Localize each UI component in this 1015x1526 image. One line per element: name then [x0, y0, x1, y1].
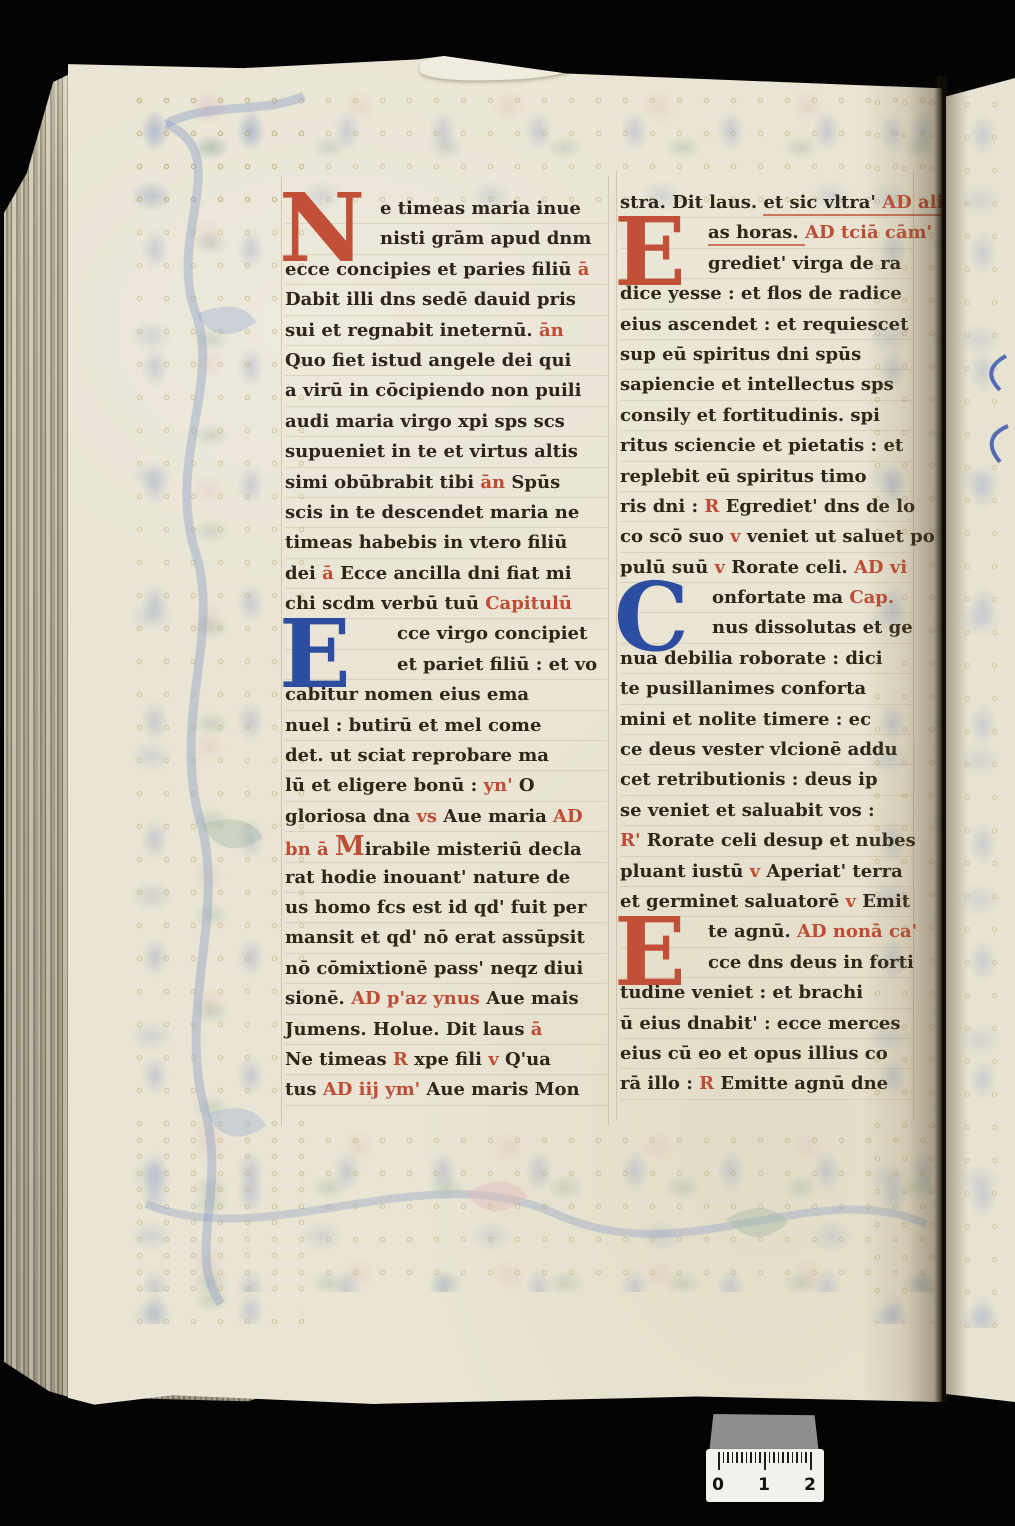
text-line: Dabit illi dns sedē dauid pris: [285, 285, 607, 315]
text-segment: sui et regnabit ineternū.: [285, 320, 539, 341]
text-segment: Aue maris Mon: [426, 1079, 579, 1100]
text-segment: R: [699, 1073, 720, 1094]
ruler-tick: [782, 1452, 784, 1463]
foliage-border-left: [126, 84, 304, 1324]
text-segment: nisti grām apud dnm: [380, 228, 591, 249]
drop-cap-initial: E: [279, 608, 351, 702]
text-segment: sapiencie et intellectus sps: [620, 374, 894, 395]
text-line: gloriosa dna vs Aue maria AD: [285, 802, 607, 832]
text-segment: R: [704, 496, 725, 517]
text-segment: yn': [484, 775, 519, 796]
text-segment: v: [714, 557, 731, 578]
text-segment: te pusillanimes conforta: [620, 678, 866, 699]
book-gutter: [934, 76, 947, 1402]
text-segment: a virū in cōcipiendo non puili: [285, 380, 581, 401]
text-line: det. ut sciat reprobare ma: [285, 741, 607, 771]
ruler-tick: [805, 1452, 807, 1463]
text-segment: AD: [553, 806, 583, 827]
ruler-number-2: 2: [804, 1475, 816, 1495]
photograph: e timeas maria inuenisti grām apud dnmec…: [0, 0, 1015, 1526]
text-segment: Quo fiet istud angele dei qui: [285, 350, 571, 371]
text-segment: mansit et qd' nō erat assūpsit: [285, 927, 585, 948]
text-segment: Ecce ancilla dni fiat mi: [340, 563, 572, 584]
text-segment: det. ut sciat reprobare ma: [285, 745, 549, 766]
text-segment: Dabit illi dns sedē dauid pris: [285, 289, 576, 310]
text-segment: Aue maria: [443, 806, 553, 827]
ruler-tick: [773, 1452, 775, 1463]
ruler-tick: [792, 1452, 794, 1463]
text-segment: pluant iustū: [620, 861, 750, 882]
text-segment: simi obūbrabit tibi: [285, 472, 480, 493]
text-segment: irabile misteriū decla: [365, 839, 582, 860]
text-segment: scis in te descendet maria ne: [285, 502, 579, 523]
ruler-tick: [750, 1452, 752, 1463]
text-line: lū et eligere bonū : yn' O: [285, 771, 607, 801]
manuscript-page: e timeas maria inuenisti grām apud dnmec…: [68, 56, 942, 1406]
text-segment: dei: [285, 563, 322, 584]
text-line: supueniet in te et virtus altis: [285, 437, 607, 467]
text-line: simi obūbrabit tibi ān Spūs: [285, 468, 607, 498]
text-segment: Jumens. Holue. Dit laus: [285, 1019, 531, 1040]
text-line: tus AD iij ym' Aue maris Mon: [285, 1075, 607, 1105]
text-segment: M: [335, 831, 365, 862]
text-segment: us homo fcs est id qd' fuit per: [285, 897, 587, 918]
text-segment: ce deus vester vlcionē addu: [620, 739, 898, 760]
acanthus-vine-flourish-bottom: [126, 1124, 941, 1294]
text-segment: timeas habebis in vtero filiū: [285, 532, 567, 553]
text-segment: ā: [322, 563, 340, 584]
ruler-tick: [727, 1452, 729, 1463]
text-segment: AD p'az ynus: [351, 988, 486, 1009]
text-segment: onfortate ma: [712, 587, 849, 608]
text-segment: O: [519, 775, 535, 796]
ruler-tick: [723, 1452, 725, 1463]
gutter-shadow: [862, 56, 942, 1406]
text-line: audi maria virgo xpi sps scs: [285, 407, 607, 437]
text-segment: cet retributionis : deus ip: [620, 769, 878, 790]
text-segment: Capitulū: [485, 593, 572, 614]
text-line: timeas habebis in vtero filiū: [285, 528, 607, 558]
text-segment: ritus sciencie et pietatis : et: [620, 435, 903, 456]
facing-page-gutter-shadow: [946, 78, 968, 1402]
text-segment: et pariet filiū : et vo: [397, 654, 597, 675]
text-segment: vs: [416, 806, 443, 827]
ruler-tick: [764, 1452, 766, 1470]
text-line: Ne timeas R xpe fili v Q'ua: [285, 1045, 607, 1075]
ruler-tick: [778, 1452, 780, 1463]
text-segment: replebit eū spiritus timo: [620, 466, 867, 487]
text-segment: v: [488, 1049, 505, 1070]
text-segment: as horas.: [708, 222, 805, 246]
text-line: sui et regnabit ineternū. ān: [285, 316, 607, 346]
text-segment: v: [730, 526, 747, 547]
text-segment: AD iij ym': [323, 1079, 427, 1100]
text-segment: ān: [480, 472, 511, 493]
facing-page-edge: [946, 78, 1015, 1402]
torn-paper-tab: [420, 51, 577, 81]
ruler-tick: [810, 1452, 812, 1470]
text-line: nuel : butirū et mel come: [285, 711, 607, 741]
drop-cap-initial: E: [614, 906, 686, 1000]
text-line: Jumens. Holue. Dit laus ā: [285, 1015, 607, 1045]
text-segment: ān: [539, 320, 564, 341]
text-segment: rā illo :: [620, 1073, 699, 1094]
ruler-tick: [732, 1452, 734, 1463]
text-column-left: e timeas maria inuenisti grām apud dnmec…: [285, 194, 607, 1106]
text-segment: Ne timeas: [285, 1049, 393, 1070]
text-segment: Q'ua: [505, 1049, 551, 1070]
ruler-tick: [796, 1452, 798, 1463]
text-segment: R: [393, 1049, 414, 1070]
text-segment: e timeas maria inue: [380, 198, 581, 219]
ruler-tick: [755, 1452, 757, 1463]
text-segment: ū eius dnabit' : ecce merces: [620, 1013, 901, 1034]
text-segment: te agnū.: [708, 921, 797, 942]
ruler-card: [709, 1414, 819, 1454]
ruler-tick: [746, 1452, 748, 1463]
foliage-border-bottom: [126, 1124, 941, 1292]
text-line: us homo fcs est id qd' fuit per: [285, 893, 607, 923]
text-line: rat hodie inouant' nature de: [285, 863, 607, 893]
text-line: bn ā Mirabile misteriū decla: [285, 832, 607, 862]
text-segment: Spūs: [511, 472, 560, 493]
ruler-tick: [769, 1452, 771, 1463]
text-segment: Aue mais: [486, 988, 578, 1009]
text-segment: ā: [531, 1019, 543, 1040]
text-segment: v: [845, 891, 862, 912]
ruler-scale: 012: [706, 1449, 824, 1502]
text-segment: tus: [285, 1079, 323, 1100]
ruler-number-0: 0: [712, 1475, 724, 1495]
text-line: mansit et qd' nō erat assūpsit: [285, 923, 607, 953]
text-segment: mini et nolite timere : ec: [620, 709, 871, 730]
text-segment: audi maria virgo xpi sps scs: [285, 411, 565, 432]
text-segment: Rorate celi.: [731, 557, 854, 578]
text-segment: consily et fortitudinis. spi: [620, 405, 880, 426]
text-segment: se veniet et saluabit vos :: [620, 800, 875, 821]
text-line: a virū in cōcipiendo non puili: [285, 376, 607, 406]
ruler-tick: [801, 1452, 803, 1463]
ruler-tick: [736, 1452, 738, 1463]
text-segment: R': [620, 830, 647, 851]
text-line: scis in te descendet maria ne: [285, 498, 607, 528]
drop-cap-initial: E: [614, 206, 686, 300]
ruler-tick: [759, 1452, 761, 1463]
text-segment: co scō suo: [620, 526, 730, 547]
text-segment: eius cū eo et opus illius co: [620, 1043, 888, 1064]
text-segment: supueniet in te et virtus altis: [285, 441, 578, 462]
text-segment: ris dni :: [620, 496, 704, 517]
text-segment: bn ā: [285, 839, 335, 860]
blue-ink-marks: [976, 348, 1012, 478]
text-segment: nō cōmixtionē pass' neqz diui: [285, 958, 583, 979]
text-line: dei ā Ecce ancilla dni fiat mi: [285, 559, 607, 589]
text-segment: lū et eligere bonū :: [285, 775, 484, 796]
text-line: Quo fiet istud angele dei qui: [285, 346, 607, 376]
text-segment: rat hodie inouant' nature de: [285, 867, 570, 888]
text-line: sionē. AD p'az ynus Aue mais: [285, 984, 607, 1014]
text-segment: xpe fili: [414, 1049, 488, 1070]
text-segment: gloriosa dna: [285, 806, 416, 827]
text-segment: ā: [578, 259, 590, 280]
ruling-line-vertical: [608, 176, 609, 1126]
ruler-number-1: 1: [758, 1475, 770, 1495]
drop-cap-initial: N: [279, 182, 365, 276]
ruler-tick: [741, 1452, 743, 1463]
text-segment: v: [750, 861, 767, 882]
drop-cap-initial: C: [614, 571, 689, 665]
text-segment: nuel : butirū et mel come: [285, 715, 541, 736]
ruler-tick: [718, 1452, 720, 1470]
text-segment: sup eū spiritus dni spūs: [620, 344, 861, 365]
ruler-tick: [787, 1452, 789, 1463]
text-line: nō cōmixtionē pass' neqz diui: [285, 954, 607, 984]
text-segment: sionē.: [285, 988, 351, 1009]
text-segment: cce virgo concipiet: [397, 623, 587, 644]
